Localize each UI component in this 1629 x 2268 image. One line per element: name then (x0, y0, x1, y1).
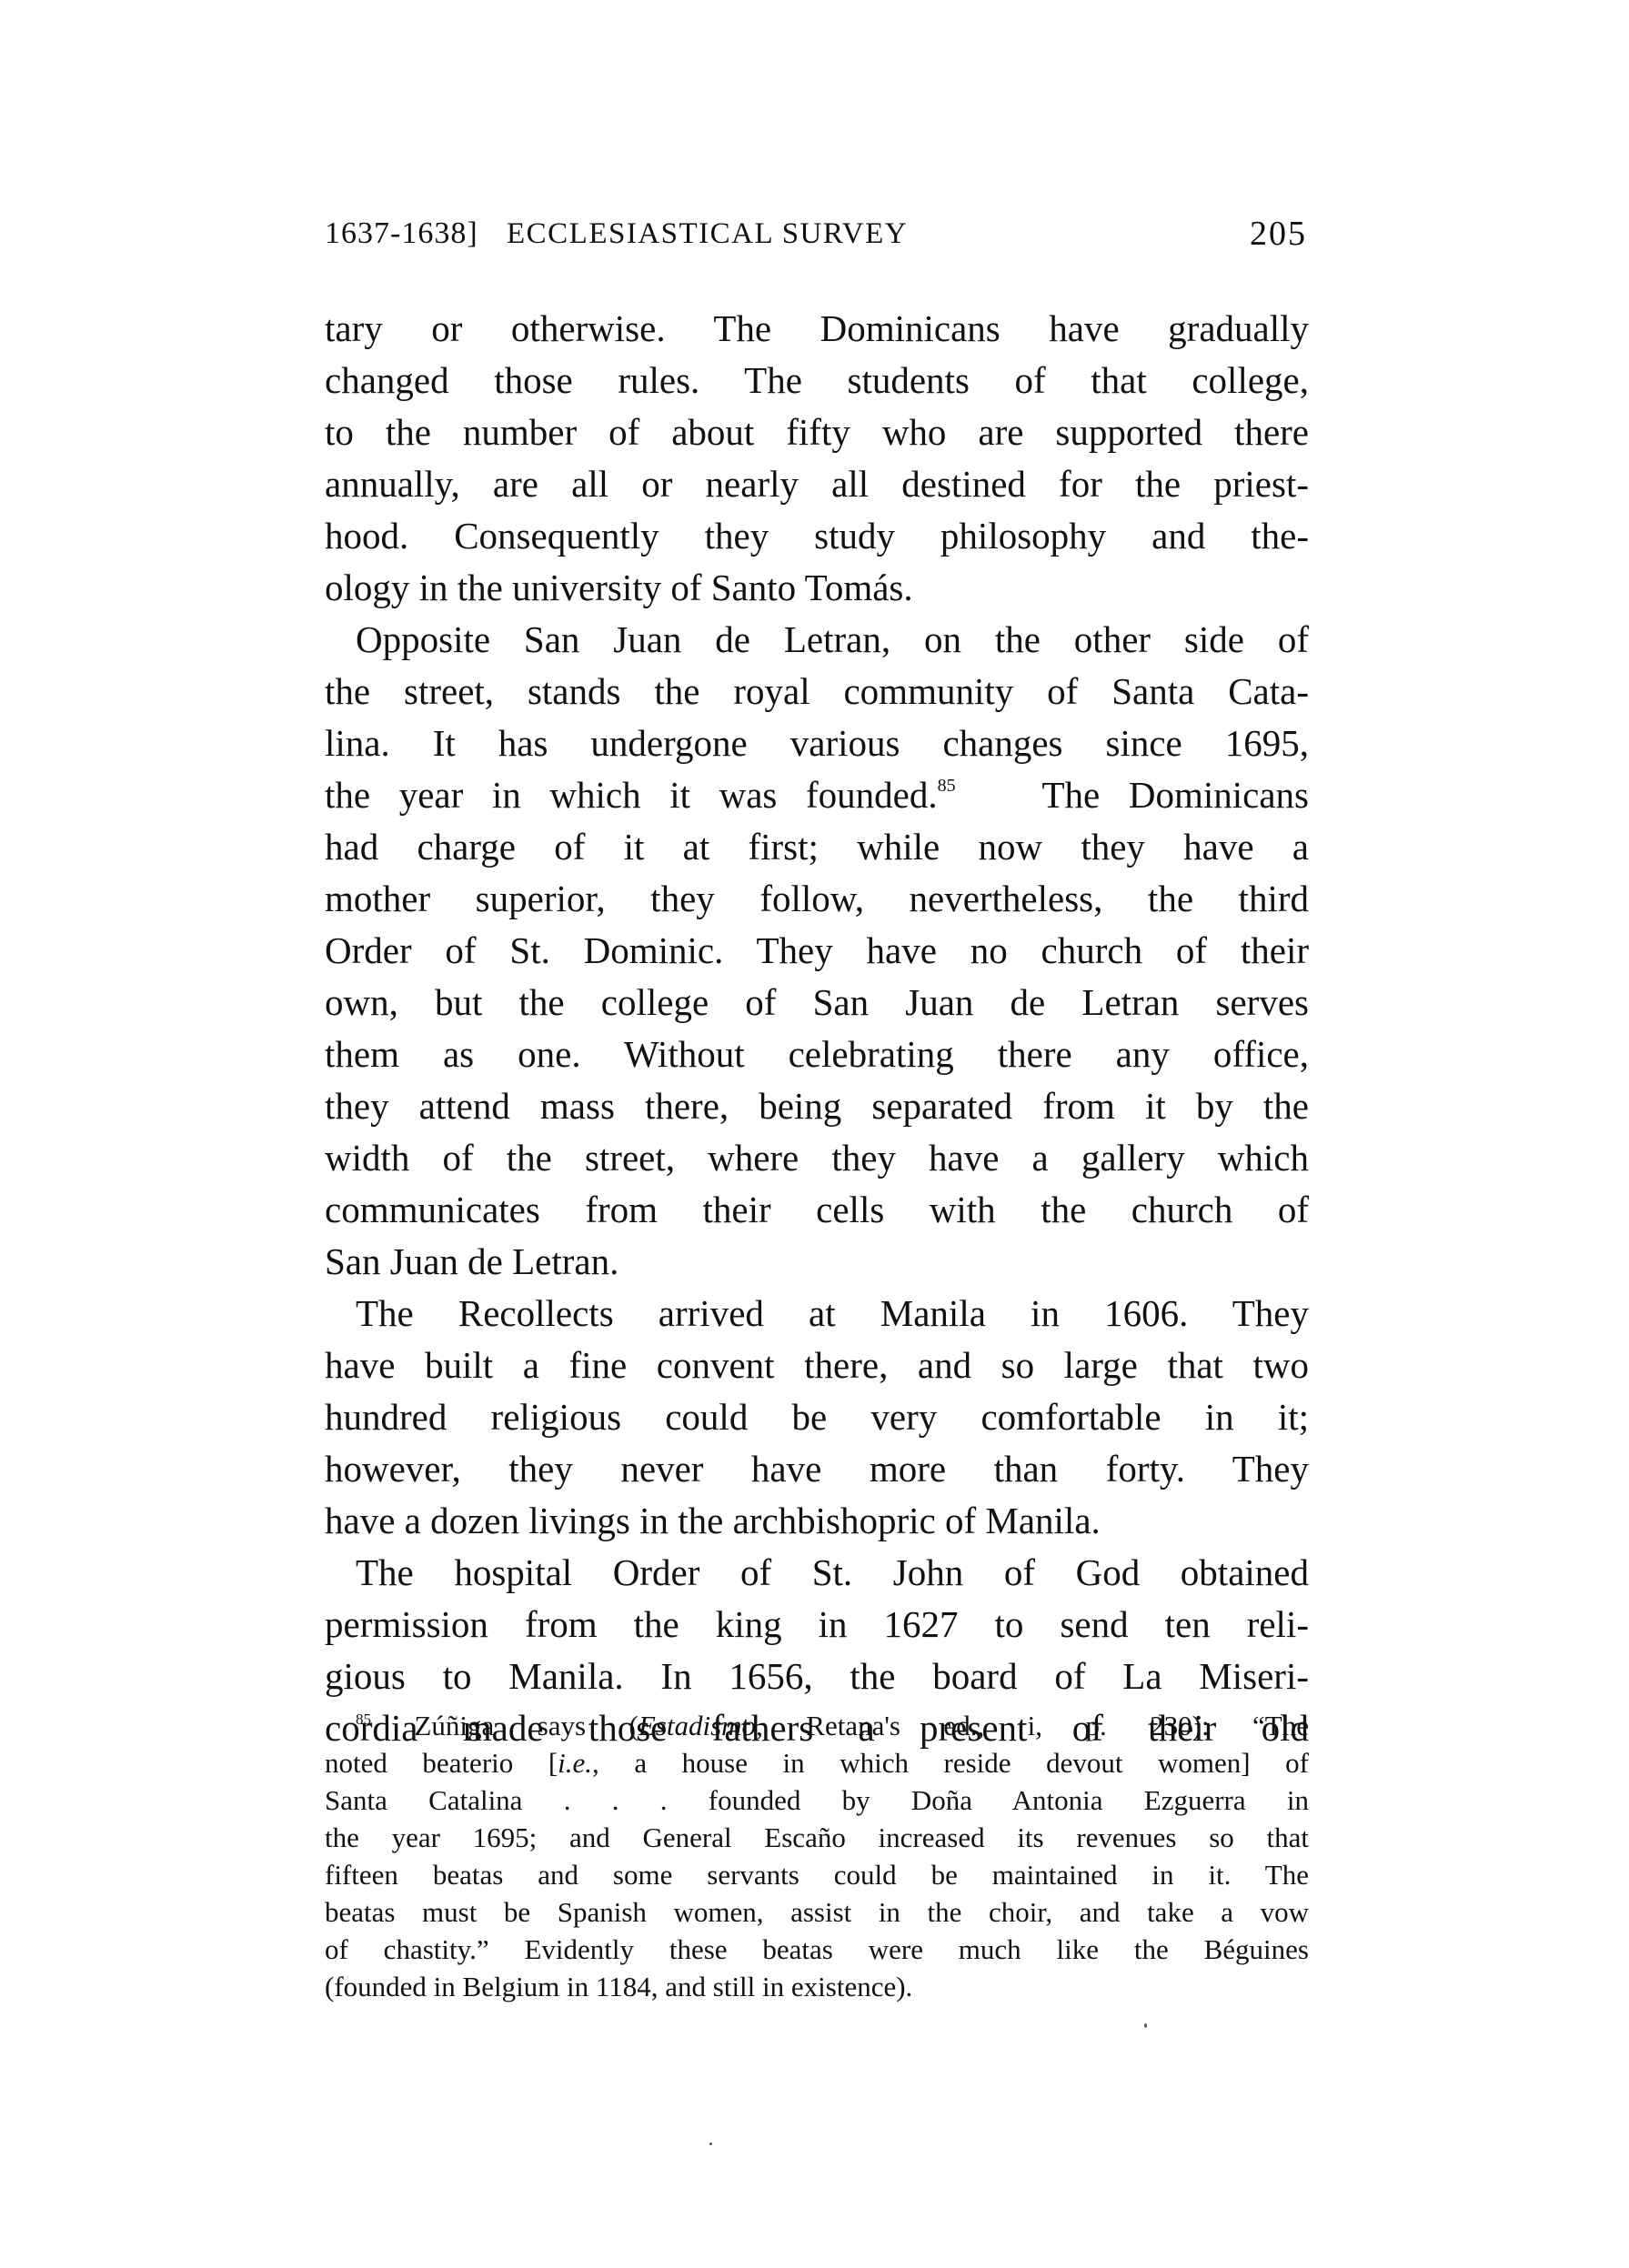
footnote-line: of chastity.” Evidently these beatas wer… (325, 1931, 1309, 1968)
text-line: ology in the university of Santo Tomás. (325, 562, 1309, 614)
text-line-with-footnote-ref: the year in which it was founded.85 The … (325, 769, 1309, 821)
text-line: have a dozen livings in the archbishopri… (325, 1495, 1309, 1547)
text-line: San Juan de Letran. (325, 1236, 1309, 1288)
text-segment: , a house in which reside devout women] … (592, 1747, 1309, 1779)
footnote-line: (founded in Belgium in 1184, and still i… (325, 1968, 1309, 2005)
italic-abbrev: i.e. (558, 1747, 592, 1779)
scan-speck (709, 2143, 712, 2145)
text-line: Order of St. Dominic. They have no churc… (325, 925, 1309, 977)
text-segment: , Retana's ed., i, p. 230): “The (756, 1710, 1309, 1741)
text-segment: noted beaterio [ (325, 1747, 558, 1779)
text-line: they attend mass there, being separated … (325, 1080, 1309, 1132)
text-line: lina. It has undergone various changes s… (325, 718, 1309, 769)
running-head-title: ECCLESIASTICAL SURVEY (507, 211, 908, 256)
footnote-line: noted beaterio [i.e., a house in which r… (325, 1744, 1309, 1781)
text-line: width of the street, where they have a g… (325, 1132, 1309, 1184)
footnote-line: the year 1695; and General Escaño increa… (325, 1819, 1309, 1856)
footnote-reference[interactable]: 85 (938, 776, 956, 796)
text-line: had charge of it at first; while now the… (325, 821, 1309, 873)
main-text: tary or otherwise. The Dominicans have g… (325, 303, 1309, 1754)
running-head: 1637-1638] ECCLESIASTICAL SURVEY 205 (325, 211, 1309, 256)
italic-title: Estadismo (639, 1710, 756, 1741)
text-line: The hospital Order of St. John of God ob… (325, 1547, 1309, 1599)
text-line: them as one. Without celebrating there a… (325, 1029, 1309, 1080)
text-segment: Zúñiga says ( (414, 1710, 638, 1741)
footnote-marker: 85 (356, 1711, 371, 1728)
text-line: to the number of about fifty who are sup… (325, 406, 1309, 458)
footnote-line: fifteen beatas and some servants could b… (325, 1856, 1309, 1893)
text-line: Opposite San Juan de Letran, on the othe… (325, 614, 1309, 666)
footnote-line: 85 Zúñiga says (Estadismo, Retana's ed.,… (325, 1707, 1309, 1744)
text-line: The Recollects arrived at Manila in 1606… (325, 1288, 1309, 1340)
running-head-years: 1637-1638] (325, 211, 478, 256)
text-line: hundred religious could be very comforta… (325, 1391, 1309, 1443)
text-line: communicates from their cells with the c… (325, 1184, 1309, 1236)
text-line: gious to Manila. In 1656, the board of L… (325, 1651, 1309, 1702)
scan-speck (1144, 2023, 1147, 2028)
text-line: annually, are all or nearly all destined… (325, 458, 1309, 510)
text-segment: the year in which it was founded. (325, 774, 938, 816)
text-line: the street, stands the royal community o… (325, 666, 1309, 718)
text-line: changed those rules. The students of tha… (325, 355, 1309, 406)
footnote-85: 85 Zúñiga says (Estadismo, Retana's ed.,… (325, 1707, 1309, 2005)
page-number: 205 (1250, 211, 1307, 256)
text-line: own, but the college of San Juan de Letr… (325, 977, 1309, 1029)
footnote-line: Santa Catalina . . . founded by Doña Ant… (325, 1781, 1309, 1819)
text-line: tary or otherwise. The Dominicans have g… (325, 303, 1309, 355)
text-line: have built a fine convent there, and so … (325, 1340, 1309, 1391)
text-segment: The Dominicans (1042, 774, 1310, 816)
text-line: permission from the king in 1627 to send… (325, 1599, 1309, 1651)
text-line: mother superior, they follow, neverthele… (325, 873, 1309, 925)
footnote-line: beatas must be Spanish women, assist in … (325, 1893, 1309, 1931)
text-line: however, they never have more than forty… (325, 1443, 1309, 1495)
text-line: hood. Consequently they study philosophy… (325, 510, 1309, 562)
